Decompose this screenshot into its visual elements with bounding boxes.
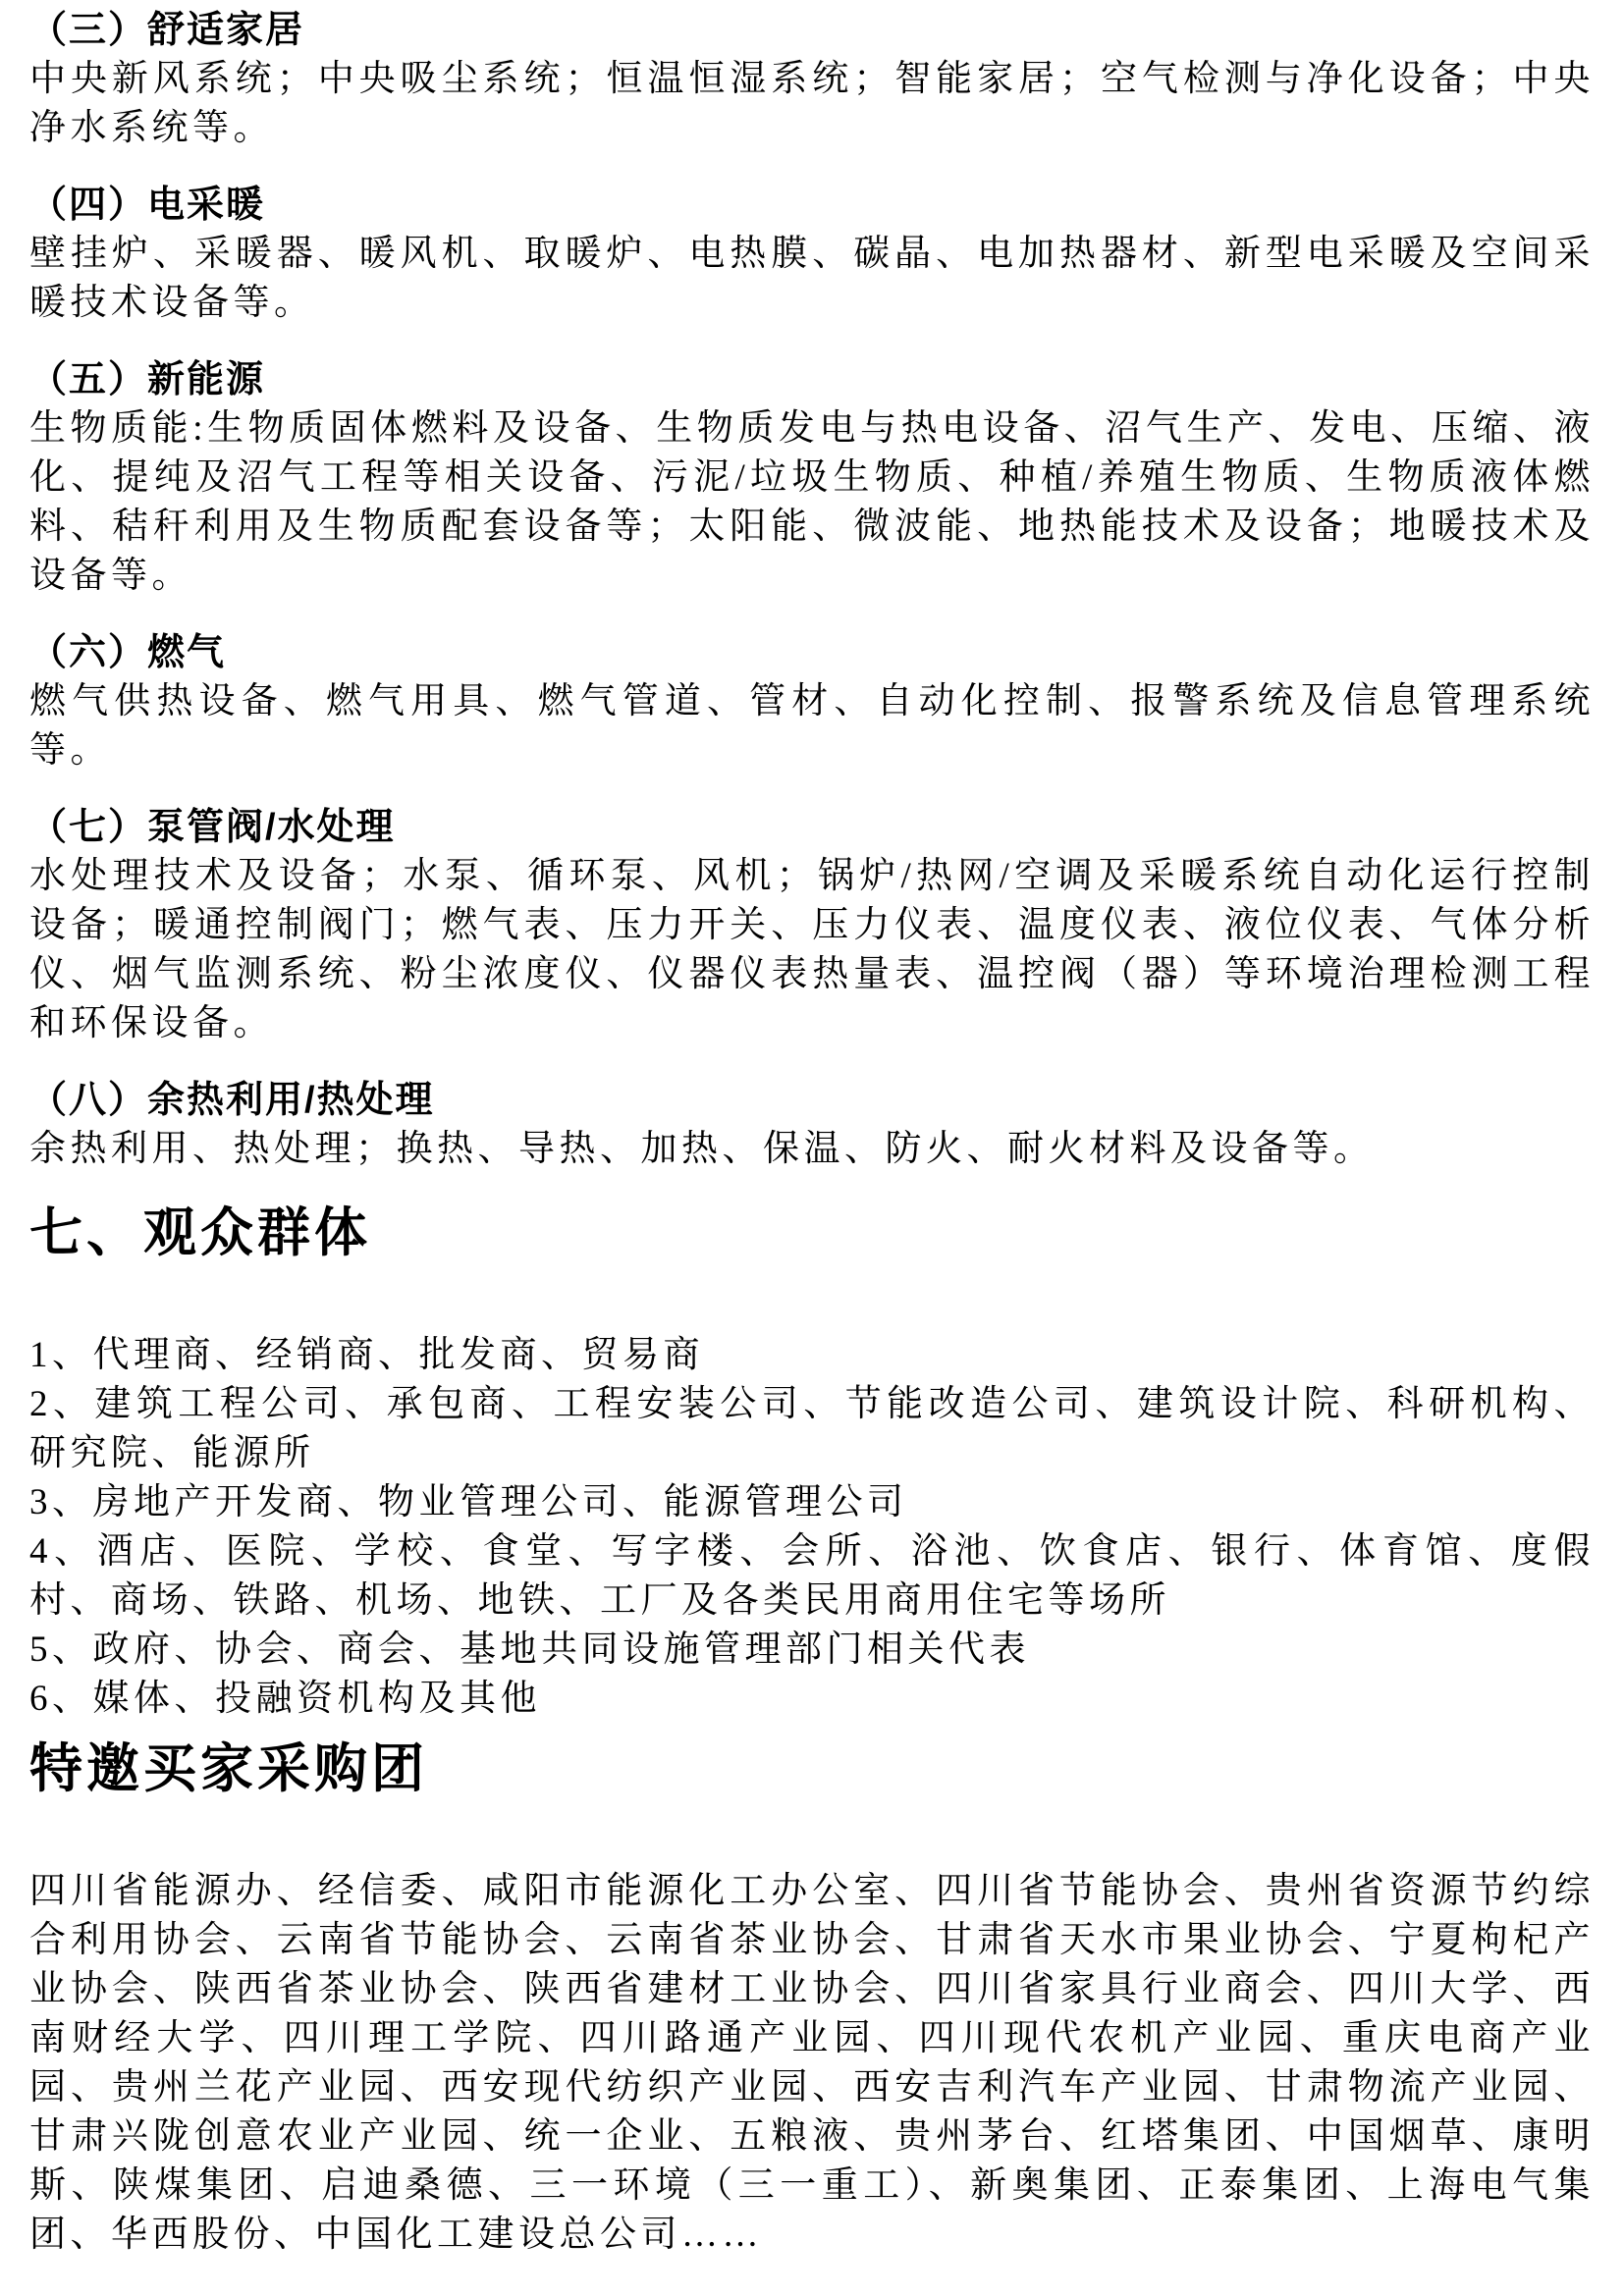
section-gas: （六）燃气 燃气供热设备、燃气用具、燃气管道、管材、自动化控制、报警系统及信息管… xyxy=(29,630,1595,775)
audience-item-3: 3、房地产开发商、物业管理公司、能源管理公司 xyxy=(29,1478,1595,1527)
section-body-electric-heating: 壁挂炉、采暖器、暖风机、取暖炉、电热膜、碳晶、电加热器材、新型电采暖及空间采暖技… xyxy=(29,230,1595,328)
section-heading-waste-heat: （八）余热利用/热处理 xyxy=(29,1078,1595,1123)
buyers-body: 四川省能源办、经信委、咸阳市能源化工办公室、四川省节能协会、贵州省资源节约综合利… xyxy=(29,1867,1595,2260)
audience-item-1: 1、代理商、经销商、批发商、贸易商 xyxy=(29,1331,1595,1380)
section-body-new-energy: 生物质能:生物质固体燃料及设备、生物质发电与热电设备、沼气生产、发电、压缩、液化… xyxy=(29,404,1595,601)
section-waste-heat: （八）余热利用/热处理 余热利用、热处理；换热、导热、加热、保温、防火、耐火材料… xyxy=(29,1078,1595,1174)
section-body-comfort-home: 中央新风系统；中央吸尘系统；恒温恒湿系统；智能家居；空气检测与净化设备；中央净水… xyxy=(29,55,1595,153)
section-heading-new-energy: （五）新能源 xyxy=(29,357,1595,402)
section-body-gas: 燃气供热设备、燃气用具、燃气管道、管材、自动化控制、报警系统及信息管理系统等。 xyxy=(29,677,1595,775)
section-pump-pipe-valve-water-treatment: （七）泵管阀/水处理 水处理技术及设备；水泵、循环泵、风机；锅炉/热网/空调及采… xyxy=(29,805,1595,1048)
section-comfort-home: （三）舒适家居 中央新风系统；中央吸尘系统；恒温恒湿系统；智能家居；空气检测与净… xyxy=(29,8,1595,153)
audience-heading: 七、观众群体 xyxy=(29,1203,1595,1262)
section-body-pump-pipe-valve-water-treatment: 水处理技术及设备；水泵、循环泵、风机；锅炉/热网/空调及采暖系统自动化运行控制设… xyxy=(29,852,1595,1048)
section-body-waste-heat: 余热利用、热处理；换热、导热、加热、保温、防火、耐火材料及设备等。 xyxy=(29,1125,1595,1174)
buyers-heading: 特邀买家采购团 xyxy=(29,1739,1595,1798)
section-heading-comfort-home: （三）舒适家居 xyxy=(29,8,1595,53)
section-heading-electric-heating: （四）电采暖 xyxy=(29,183,1595,228)
audience-item-5: 5、政府、协会、商会、基地共同设施管理部门相关代表 xyxy=(29,1626,1595,1675)
section-electric-heating: （四）电采暖 壁挂炉、采暖器、暖风机、取暖炉、电热膜、碳晶、电加热器材、新型电采… xyxy=(29,183,1595,328)
buyers-heading-block: 特邀买家采购团 xyxy=(29,1739,1595,1798)
section-heading-gas: （六）燃气 xyxy=(29,630,1595,675)
document-page: （三）舒适家居 中央新风系统；中央吸尘系统；恒温恒湿系统；智能家居；空气检测与净… xyxy=(0,0,1624,2296)
audience-item-4: 4、酒店、医院、学校、食堂、写字楼、会所、浴池、饮食店、银行、体育馆、度假村、商… xyxy=(29,1527,1595,1626)
audience-list: 1、代理商、经销商、批发商、贸易商 2、建筑工程公司、承包商、工程安装公司、节能… xyxy=(29,1331,1595,1724)
audience-item-2: 2、建筑工程公司、承包商、工程安装公司、节能改造公司、建筑设计院、科研机构、研究… xyxy=(29,1380,1595,1478)
section-new-energy: （五）新能源 生物质能:生物质固体燃料及设备、生物质发电与热电设备、沼气生产、发… xyxy=(29,357,1595,601)
audience-heading-block: 七、观众群体 xyxy=(29,1203,1595,1262)
section-heading-pump-pipe-valve-water-treatment: （七）泵管阀/水处理 xyxy=(29,805,1595,850)
audience-item-6: 6、媒体、投融资机构及其他 xyxy=(29,1675,1595,1724)
